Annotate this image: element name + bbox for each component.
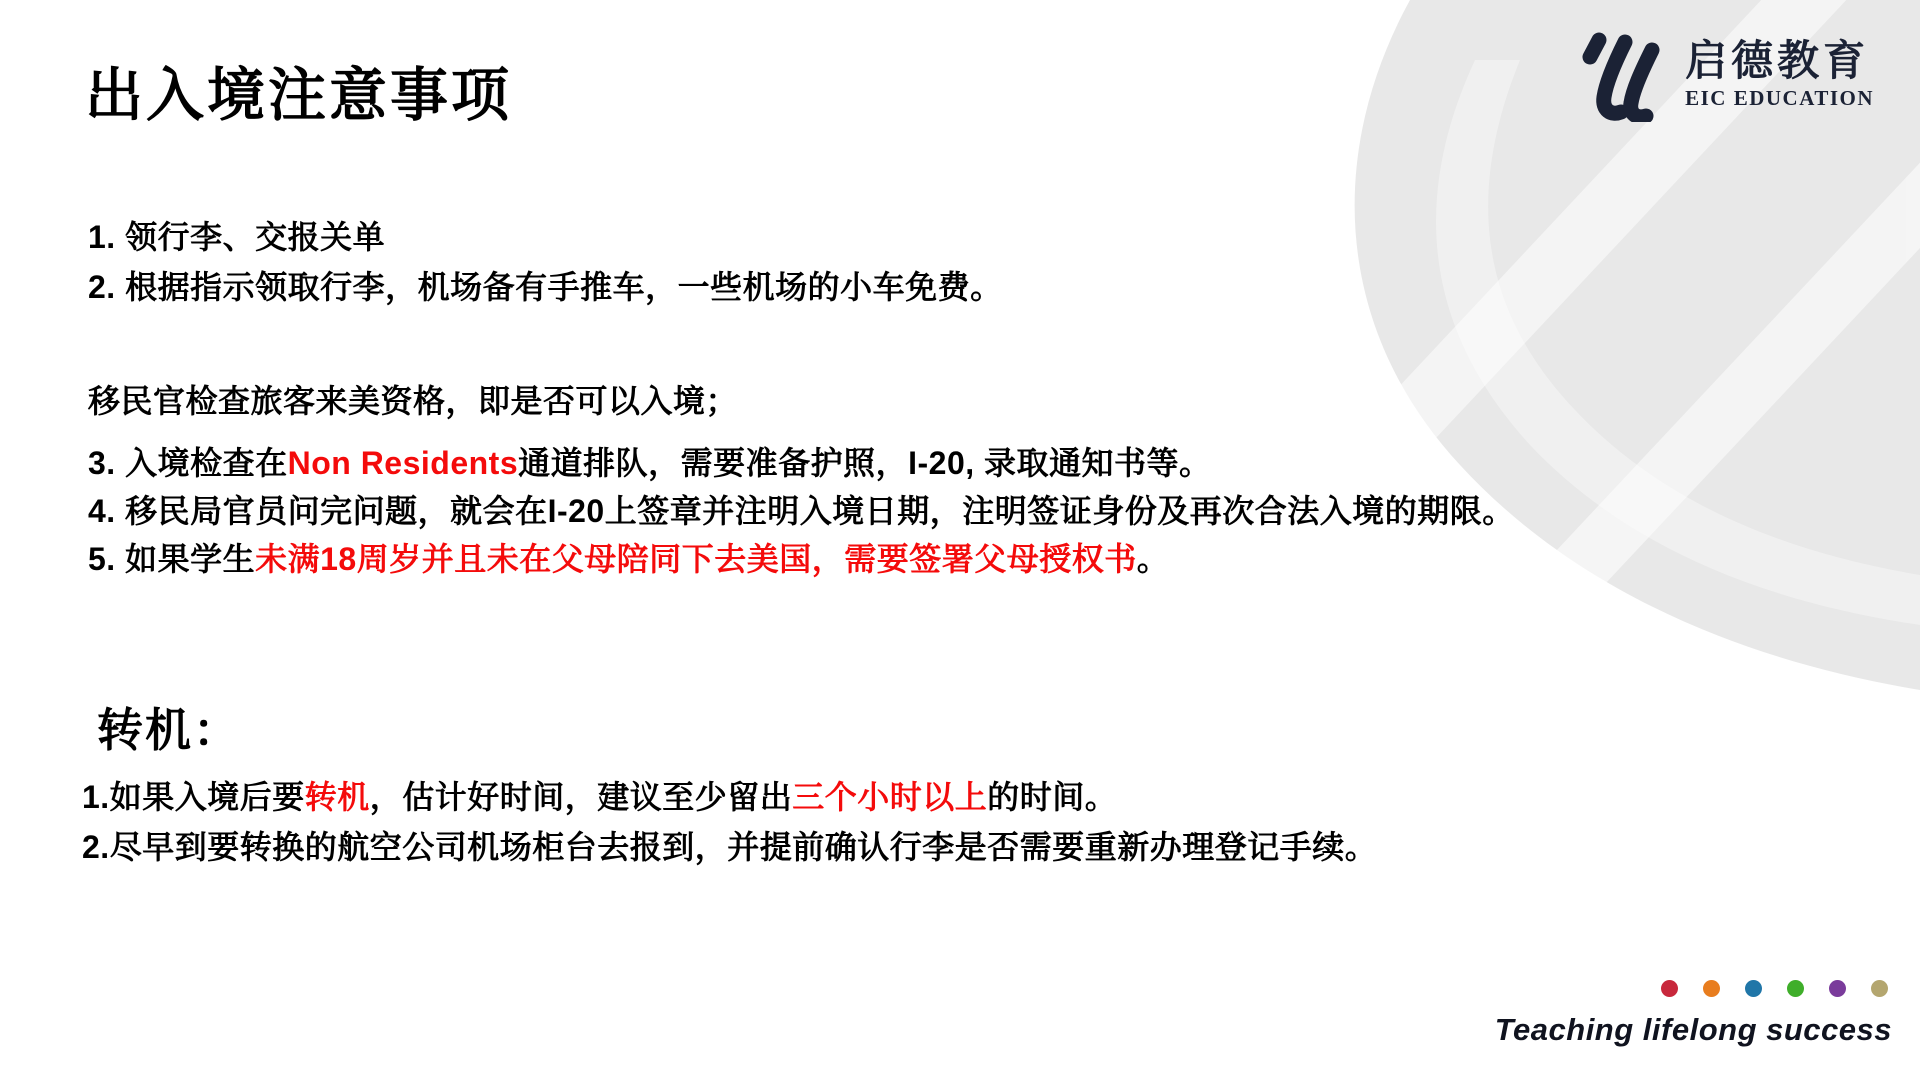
text-segment: ，估计好时间，建议至少留出 [370,779,793,815]
brand-logo-text: 启德教育 EIC EDUCATION [1685,37,1874,110]
transfer-line-1: 1.如果入境后要转机，估计好时间，建议至少留出三个小时以上的时间。 [82,772,1117,818]
page-title: 出入境注意事项 [85,48,512,132]
text-segment: 4. 移民局官员问完问题，就会在I-20上签章并注明入境日期，注明签证身份及再次… [88,493,1515,529]
note-line-2: 2. 根据指示领取行李，机场备有手推车，一些机场的小车免费。 [88,262,1003,308]
brand-dot [1661,980,1678,997]
brand-dot [1703,980,1720,997]
text-segment: 移民官检查旅客来美资格，即是否可以入境； [88,383,738,419]
text-segment: 2. 根据指示领取行李，机场备有手推车，一些机场的小车免费。 [88,269,1003,305]
brand-dot [1871,980,1888,997]
note-line-immigration: 移民官检查旅客来美资格，即是否可以入境； [88,376,738,422]
emphasis-red-text: 未满18周岁并且未在父母陪同下去美国，需要签署父母授权书 [255,541,1137,577]
eic-logo-icon [1575,26,1667,122]
text-segment: 5. 如果学生 [88,541,255,577]
brand-logo: 启德教育 EIC EDUCATION [1575,26,1874,122]
brand-name-en: EIC EDUCATION [1685,86,1874,111]
emphasis-red-text: 三个小时以上 [792,779,987,815]
brand-tagline: Teaching lifelong success [1495,1012,1892,1048]
text-segment: 的时间。 [987,779,1117,815]
note-line-1: 1. 领行李、交报关单 [88,212,385,258]
emphasis-red-text: 转机 [305,779,370,815]
text-segment: 1.如果入境后要 [82,779,305,815]
transfer-line-2: 2.尽早到要转换的航空公司机场柜台去报到，并提前确认行李是否需要重新办理登记手续… [82,822,1377,868]
brand-dot [1829,980,1846,997]
note-line-3: 3. 入境检查在Non Residents通道排队，需要准备护照，I-20, 录… [88,438,1212,484]
slide: 启德教育 EIC EDUCATION 出入境注意事项 1. 领行李、交报关单 2… [0,0,1920,1080]
text-segment: 2.尽早到要转换的航空公司机场柜台去报到，并提前确认行李是否需要重新办理登记手续… [82,829,1377,865]
note-line-4: 4. 移民局官员问完问题，就会在I-20上签章并注明入境日期，注明签证身份及再次… [88,486,1515,532]
brand-color-dots [1661,980,1888,997]
text-segment: 通道排队，需要准备护照，I-20, 录取通知书等。 [518,445,1211,481]
brand-dot [1787,980,1804,997]
transfer-section-heading: 转机： [97,694,241,760]
emphasis-red-text: Non Residents [288,445,519,481]
note-line-5: 5. 如果学生未满18周岁并且未在父母陪同下去美国，需要签署父母授权书。 [88,534,1169,580]
text-segment: 1. 领行李、交报关单 [88,219,385,255]
text-segment: 3. 入境检查在 [88,445,288,481]
brand-name-cn: 启德教育 [1685,37,1869,85]
brand-dot [1745,980,1762,997]
text-segment: 。 [1137,541,1170,577]
